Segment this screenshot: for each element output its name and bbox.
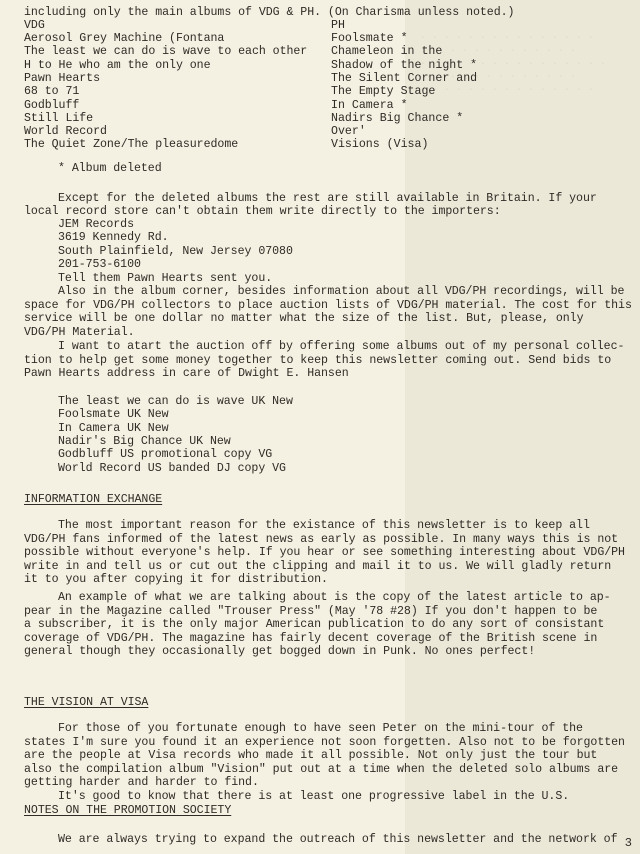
ie2-line: pear in the Magazine called "Trouser Pre… [24,605,597,618]
vdg-list-line: Still Life [24,112,93,125]
ie1-line: The most important reason for the exista… [58,519,590,532]
ph-list-line: Nadirs Big Chance * [331,112,463,125]
auction-items-line: Nadir's Big Chance UK New [58,435,231,448]
importers-para-line-1: Except for the deleted albums the rest a… [58,192,597,205]
ie2-line: An example of what we are talking about … [58,591,611,604]
ph-list-line: In Camera * [331,99,408,112]
ph-list-line: Chameleon in the [331,45,442,58]
section-heading-information-exchange: INFORMATION EXCHANGE [24,493,162,506]
section-heading-promotion-society: NOTES ON THE PROMOTION SOCIETY [24,804,231,817]
address-line: Tell them Pawn Hearts sent you. [58,272,272,285]
ph-list-line: Over' [331,125,366,138]
vdg-list-line: Aerosol Grey Machine (Fontana [24,32,224,45]
address-line: JEM Records [58,218,134,231]
vdg-header: VDG [24,19,45,32]
ie1-line: it to you after copying it for distribut… [24,573,328,586]
vdg-list-line: Godbluff [24,99,79,112]
corner-line: space for VDG/PH collectors to place auc… [24,299,632,312]
auction-line: tion to help get some money together to … [24,354,611,367]
auction-line: I want to atart the auction off by offer… [58,340,624,353]
newsletter-page: . . . . . . . . . . . . . . . . . . . . … [0,0,640,854]
vdg-list-line: World Record [24,125,107,138]
vdg-list-line: The least we can do is wave to each othe… [24,45,307,58]
auction-items-line: Foolsmate UK New [58,408,169,421]
address-line: 201-753-6100 [58,258,141,271]
auction-items-line: In Camera UK New [58,422,169,435]
address-line: 3619 Kennedy Rd. [58,231,169,244]
auction-items-line: World Record US banded DJ copy VG [58,462,286,475]
ph-header: PH [331,19,345,32]
ie1-line: write in and tell us or cut out the clip… [24,560,611,573]
ph-list-line: Visions (Visa) [331,138,428,151]
corner-line: Also in the album corner, besides inform… [58,285,624,298]
vdg-list-line: Pawn Hearts [24,72,100,85]
corner-line: service will be one dollar no matter wha… [24,312,584,325]
vdg-list-line: H to He who am the only one [24,59,211,72]
ph-list-line: Foolsmate * [331,32,408,45]
ie2-line: coverage of VDG/PH. The magazine has fai… [24,632,597,645]
vv1-line: getting harder and harder to find. [24,776,259,789]
vv1-line: are the people at Visa records who made … [24,749,597,762]
ie2-line: a subscriber, it is the only major Ameri… [24,618,604,631]
auction-line: Pawn Hearts address in care of Dwight E.… [24,367,349,380]
section-heading-vision-at-visa: THE VISION AT VISA [24,696,148,709]
ie1-line: possible without everyone's help. If you… [24,546,625,559]
promotion-society-para-1: We are always trying to expand the outre… [58,833,618,846]
vv1-line: For those of you fortunate enough to hav… [58,722,583,735]
album-footnote: * Album deleted [58,162,162,175]
corner-line: VDG/PH Material. [24,326,135,339]
auction-items-line: Godbluff US promotional copy VG [58,448,272,461]
ie2-line: general though they occasionally get bog… [24,645,535,658]
ph-list-line: The Silent Corner and [331,72,477,85]
vdg-list-line: 68 to 71 [24,85,79,98]
vv1-line: states I'm sure you found it an experien… [24,736,625,749]
auction-items-line: The least we can do is wave UK New [58,395,293,408]
vdg-list-line: The Quiet Zone/The pleasuredome [24,138,238,151]
importers-para-line-2: local record store can't obtain them wri… [24,205,501,218]
vision-at-visa-para-2: It's good to know that there is at least… [58,790,569,803]
ie1-line: VDG/PH fans informed of the latest news … [24,533,618,546]
ph-list-line: The Empty Stage [331,85,435,98]
address-line: South Plainfield, New Jersey 07080 [58,245,293,258]
ph-list-line: Shadow of the night * [331,59,477,72]
page-number: 3 [625,836,632,850]
album-list-intro: including only the main albums of VDG & … [24,6,514,19]
vv1-line: also the compilation album "Vision" put … [24,763,618,776]
